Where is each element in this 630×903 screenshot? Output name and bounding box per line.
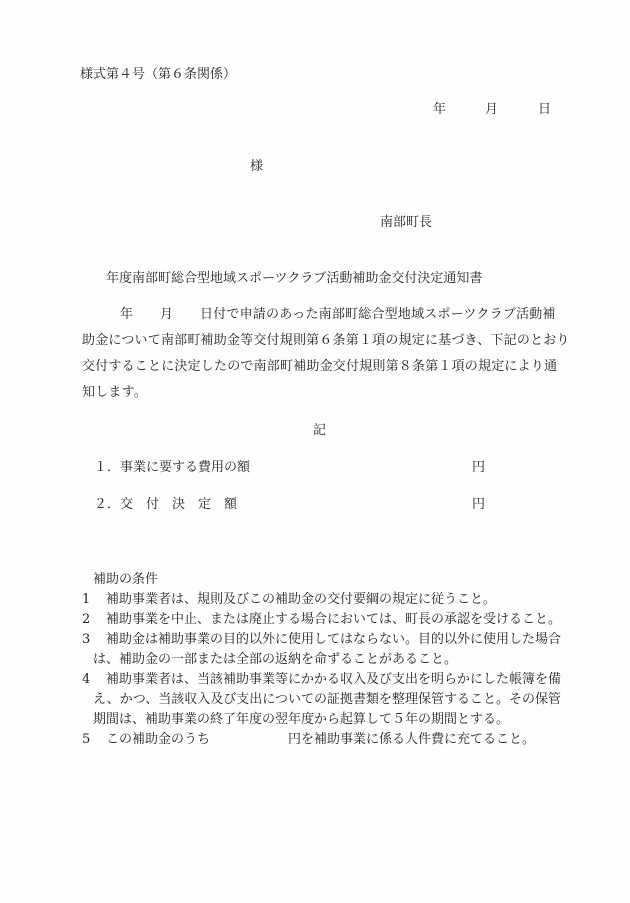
item-2-unit: 円 [472,498,485,511]
item-1-unit: 円 [472,461,485,474]
body-date-year: 年 [120,302,133,328]
conditions-heading: 補助の条件 [93,573,158,586]
condition-4-cont-1: え、かつ、当該収入及び支出についての証拠書類を整理保管すること。その保管 [93,693,561,706]
item-1-label: １．事業に要する費用の額 [94,461,250,474]
item-2-label: ２．交 付 決 定 額 [94,498,237,511]
condition-4-cont-2: 期間は、補助事業の終了年度の翌年度から起算して５年の期間とする。 [93,713,509,726]
condition-5-text: この補助金のうち [106,733,210,746]
body-paragraph: 年 月 日付で申請のあった南部町総合型地域スポーツクラブ活動補 助金について南部… [82,302,562,406]
condition-3-text: 補助金は補助事業の目的以外に使用してはならない。目的以外に使用した場合 [106,633,561,646]
condition-4-num: 4 [82,673,90,686]
date-month: 月 [485,103,498,116]
date-day: 日 [538,103,551,116]
condition-1-num: 1 [82,593,90,606]
body-line-3: 交付することに決定したので南部町補助金交付規則第８条第１項の規定により通 [82,354,562,380]
ki-heading: 記 [313,424,326,437]
condition-2-num: 2 [82,613,90,626]
addressee-suffix: 様 [250,160,263,173]
body-line-1-text: 日付で申請のあった南部町総合型地域スポーツクラブ活動補 [200,302,556,328]
condition-2-text: 補助事業を中止、または廃止する場合においては、町長の承認を受けること。 [106,613,561,626]
condition-5-num: 5 [82,733,90,746]
date-year: 年 [433,103,446,116]
body-line-1: 年 月 日付で申請のあった南部町総合型地域スポーツクラブ活動補 [82,302,562,328]
body-line-4: 知します。 [82,380,562,406]
condition-4-text: 補助事業者は、当該補助事業等にかかる収入及び支出を明らかにした帳簿を備 [106,673,561,686]
document-title: 年度南部町総合型地域スポーツクラブ活動補助金交付決定通知書 [106,272,482,285]
body-date-month: 月 [160,302,173,328]
issuer: 南部町長 [380,216,432,229]
body-line-2: 助金について南部町補助金等交付規則第６条第１項の規定に基づき、下記のとおり [82,328,562,354]
condition-5-tail: 円を補助事業に係る人件費に充てること。 [288,733,535,746]
form-number: 様式第４号（第６条関係） [80,68,236,81]
condition-1-text: 補助事業者は、規則及びこの補助金の交付要綱の規定に従うこと。 [106,593,496,606]
condition-3-num: 3 [82,633,90,646]
condition-3-cont: は、補助金の一部または全部の返納を命ずることがあること。 [93,653,457,666]
